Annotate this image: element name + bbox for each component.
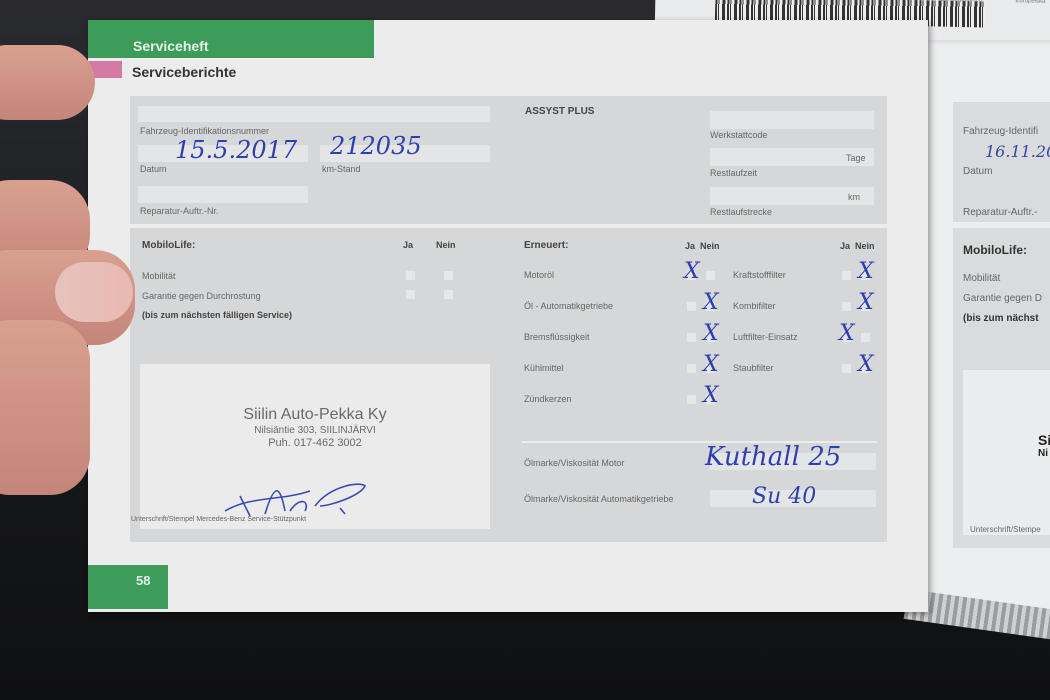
- signature-label: Unterschrift/Stempel Mercedes-Benz Servi…: [131, 516, 306, 523]
- mobilolife-item-mobility: Mobilität: [142, 271, 176, 281]
- stamp-address: Nilsiäntie 303, SIILINJÄRVI: [140, 425, 490, 436]
- renewed-right-ja-checkbox[interactable]: [842, 364, 851, 373]
- date-value: 15.5.2017: [175, 136, 297, 164]
- mobilolife-item-rust: Garantie gegen Durchrostung: [142, 291, 261, 301]
- finger: [0, 45, 95, 120]
- rust-no-checkbox[interactable]: [444, 290, 453, 299]
- renewed-no-header-2: Nein: [855, 241, 875, 251]
- oil-engine-label: Ölmarke/Viskosität Motor: [524, 458, 624, 468]
- assyst-title: ASSYST PLUS: [525, 106, 594, 117]
- check-mark-icon: X: [858, 261, 874, 283]
- remaining-distance-unit: km: [848, 192, 860, 202]
- check-mark-icon: X: [703, 292, 719, 314]
- oil-transmission-value: Su 40: [752, 484, 816, 509]
- remaining-time-label: Restlaufzeit: [710, 168, 757, 178]
- remaining-distance-label: Restlaufstrecke: [710, 207, 772, 217]
- right-mobility-label: Mobilität: [963, 273, 1000, 284]
- page-number-band: 58: [88, 565, 168, 609]
- rust-yes-checkbox[interactable]: [406, 290, 415, 299]
- renewed-item-label: Kombifilter: [733, 301, 776, 311]
- renewed-left-ja-checkbox[interactable]: [687, 302, 696, 311]
- check-mark-icon: X: [703, 354, 719, 376]
- renewed-item-label: Bremsflüssigkeit: [524, 332, 590, 342]
- renewed-item-label: Kraftstofffilter: [733, 270, 786, 280]
- renewed-left-ja-checkbox[interactable]: [687, 395, 696, 404]
- right-repair-order-label: Reparatur-Auftr.-: [963, 207, 1037, 218]
- check-mark-icon: X: [839, 323, 855, 345]
- finger: [0, 320, 90, 495]
- right-stamp-partial: Ni: [1038, 448, 1048, 459]
- check-mark-icon: X: [858, 354, 874, 376]
- check-mark-icon: X: [684, 261, 700, 283]
- stamp-phone: Puh. 017-462 3002: [140, 437, 490, 449]
- photo-scene: 0112750845 Eurooppalainen Europeiska Fah…: [0, 0, 1050, 700]
- repair-order-field[interactable]: [138, 186, 308, 203]
- receipt-text: Europeiska: [1015, 0, 1045, 5]
- page-number: 58: [136, 573, 150, 588]
- stamp-name: Siilin Auto-Pekka Ky: [140, 406, 490, 424]
- section-title: Serviceberichte: [132, 64, 236, 80]
- renewed-left-ja-checkbox[interactable]: [687, 333, 696, 342]
- oil-transmission-label: Ölmarke/Viskosität Automatikgetriebe: [524, 494, 673, 504]
- renewed-left-nein-checkbox[interactable]: [706, 271, 715, 280]
- oil-engine-value: Kuthall 25: [705, 442, 841, 472]
- renewed-yes-header-2: Ja: [840, 241, 850, 251]
- right-note: (bis zum nächst: [963, 313, 1039, 324]
- renewed-yes-header: Ja: [685, 241, 695, 251]
- mobilolife-yes-header: Ja: [403, 240, 413, 250]
- right-date-label: Datum: [963, 166, 992, 177]
- right-stamp-box: [963, 370, 1050, 535]
- right-page: Fahrzeug-Identifi 16.11.20 Datum Reparat…: [915, 40, 1050, 620]
- vin-field[interactable]: [138, 106, 490, 122]
- km-value: 212035: [330, 132, 422, 160]
- renewed-item-label: Staubfilter: [733, 363, 774, 373]
- header-band: Serviceheft: [88, 20, 374, 58]
- renewed-no-header: Nein: [700, 241, 720, 251]
- mobility-yes-checkbox[interactable]: [406, 271, 415, 280]
- check-mark-icon: X: [703, 323, 719, 345]
- right-vin-label: Fahrzeug-Identifi: [963, 126, 1038, 137]
- mobilolife-note: (bis zum nächsten fälligen Service): [142, 310, 292, 320]
- right-stamp-partial: Si: [1038, 432, 1050, 448]
- renewed-left-ja-checkbox[interactable]: [687, 364, 696, 373]
- renewed-right-ja-checkbox[interactable]: [842, 271, 851, 280]
- workshop-code-field[interactable]: [710, 111, 874, 129]
- renewed-right-ja-checkbox[interactable]: [842, 302, 851, 311]
- header-title: Serviceheft: [133, 38, 208, 54]
- thumbnail: [55, 262, 133, 322]
- remaining-time-unit: Tage: [846, 153, 866, 163]
- right-rust-label: Garantie gegen D: [963, 293, 1042, 304]
- mobilolife-no-header: Nein: [436, 240, 456, 250]
- renewed-item-label: Kühlmittel: [524, 363, 564, 373]
- workshop-code-label: Werkstattcode: [710, 130, 767, 140]
- right-mobilolife-title: MobiloLife:: [963, 243, 1027, 257]
- date-label: Datum: [140, 164, 167, 174]
- renewed-title: Erneuert:: [524, 240, 568, 251]
- service-booklet-page: Serviceheft Serviceberichte Fahrzeug-Ide…: [88, 20, 928, 612]
- renewed-item-label: Zündkerzen: [524, 394, 572, 404]
- check-mark-icon: X: [858, 292, 874, 314]
- stamp-area: Siilin Auto-Pekka Ky Nilsiäntie 303, SII…: [140, 364, 490, 529]
- mobilolife-title: MobiloLife:: [142, 240, 195, 251]
- vehicle-panel: Fahrzeug-Identifikationsnummer 15.5.2017…: [130, 96, 887, 224]
- right-date-value: 16.11.20: [985, 142, 1050, 161]
- renewed-item-label: Luftfilter-Einsatz: [733, 332, 798, 342]
- mobility-no-checkbox[interactable]: [444, 271, 453, 280]
- signature-icon: [220, 476, 370, 521]
- renewed-item-label: Öl - Automatikgetriebe: [524, 301, 613, 311]
- check-mark-icon: X: [703, 385, 719, 407]
- km-label: km-Stand: [322, 164, 361, 174]
- renewed-right-nein-checkbox[interactable]: [861, 333, 870, 342]
- right-signature-label: Unterschrift/Stempe: [970, 525, 1041, 534]
- right-vehicle-panel: [953, 102, 1050, 222]
- vin-label: Fahrzeug-Identifikationsnummer: [140, 126, 269, 136]
- renewed-item-label: Motoröl: [524, 270, 554, 280]
- repair-order-label: Reparatur-Auftr.-Nr.: [140, 206, 219, 216]
